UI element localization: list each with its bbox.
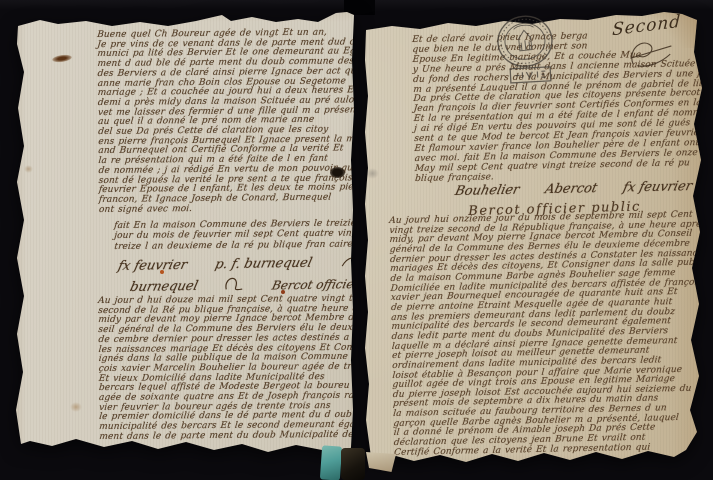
right-page-wrap: Et de claré avoir prieu Ignace bergaque … (0, 0, 713, 480)
smudge (366, 168, 379, 179)
signature: Bouhelier (453, 183, 520, 199)
paraph-flourish-icon (624, 33, 679, 72)
right-entry2: Au jourd hui onzieme jour du mois de sep… (389, 211, 694, 459)
oval-ink-stamp-icon (488, 8, 568, 93)
binding-remnant (341, 448, 365, 480)
signature: fx feuvrier (621, 179, 693, 196)
right-page: Et de claré avoir prieu Ignace bergaque … (0, 0, 713, 480)
teal-ribbon (320, 445, 342, 480)
archival-manuscript-scan: Buene quel Ch Boureur agée de vingt Et u… (0, 0, 713, 480)
signature: Abercot (543, 181, 598, 197)
